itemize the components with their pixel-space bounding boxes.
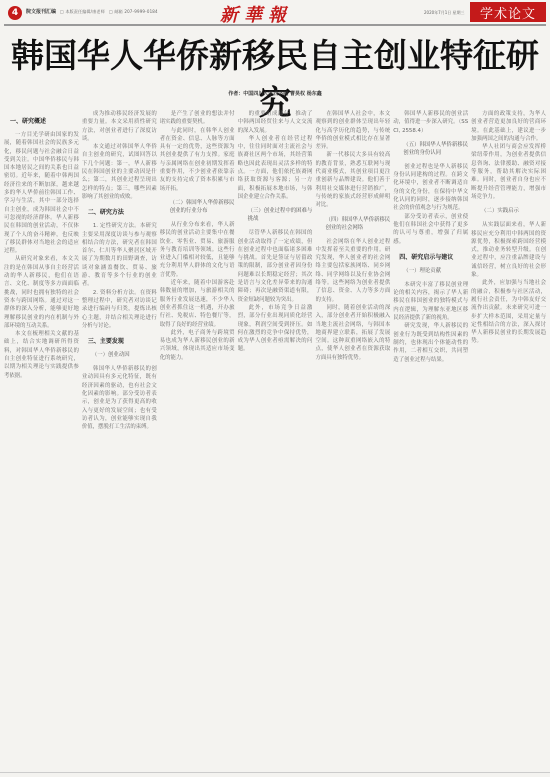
paragraph: 此外，电子商务与跨境贸易也成为华人新移民创业的新兴领域，体现出其适应市场变化的能… — [160, 329, 235, 362]
paragraph: 华人创业者在经营过程中，往往同时面对主流社会与族裔社区两个市场，其经营策略也因此… — [238, 135, 313, 201]
subsection-heading: （二）实践启示 — [481, 207, 546, 215]
subsection-heading: （一）理论贡献 — [403, 267, 468, 275]
paragraph: 同时，随着创业活动的深入，部分创业者开始积极融入当地主流社会网络，与韩国本地商界… — [315, 304, 390, 362]
text-column-1: 一、研究概述一方目光学研由国家的发展，随着韩国社会的民族多元化，移民问题与社会融… — [4, 110, 79, 772]
paragraph: 此外，市场竞争日益激烈，部分行业出现同质化经营现象，利润空间受到挤压。如何在激烈… — [238, 304, 313, 354]
paragraph: 一方目光学研由国家的发展，随着韩国社会的民族多元化，移民问题与社会融合日益受到关… — [4, 131, 79, 255]
footer-divider — [0, 772, 550, 773]
page-header: 4 院文报刊汇编 □ 本版责任编辑/康老师 □ 邮箱 207-9999-0184… — [0, 0, 550, 26]
paragraph: 研究发现，华人新移民的创业行为既受到结构性因素的制约，也体现出个体能动性的作用，… — [393, 322, 468, 363]
text-column-5: 在韩国华人社会中，本文观察到的创业群体呈现出年轻化与高学历化的趋势，与传统华侨的… — [315, 110, 390, 772]
paragraph: 与此同时，在韩华人创业者在资金、信息、人脉等方面具有一定的优势，这些资源为其创业… — [160, 127, 235, 193]
paragraph: 2. 资料分析方法。在资料整理过程中，研究者对访谈记录进行编码与归类，提炼出核心… — [82, 289, 157, 330]
paragraph: 从实践层面来看，华人新移民应充分利用中韩两国的资源优势，积极探索跨国经营模式，推… — [471, 221, 546, 279]
paragraph: 新一代移民大多具有较高的教育背景，熟悉互联网与现代商业模式，其创业项目更注重创新… — [315, 151, 390, 209]
page-number-badge: 4 — [8, 6, 22, 20]
subsection-heading: （一）创业动因 — [92, 351, 157, 359]
section-heading: 三、主要发现 — [88, 336, 157, 345]
text-column-6: 韩国华人新移民的创业活动，值得进一步深入研究。（SSCI, 2558.4）（五）… — [393, 110, 468, 772]
paragraph: 从行业分布来看，华人新移民的创业活动主要集中在餐饮业、零售业、贸易、旅游服务与教… — [160, 221, 235, 279]
edition-label: 院文报刊汇编 — [26, 8, 56, 15]
subsection-heading: （三）创业过程中的困难与挑战 — [248, 207, 313, 223]
paragraph: 从研究对象来看，本文关注的是在韩国从事自主经营活动的华人新移民，他们在语言、文化… — [4, 255, 79, 330]
section-heading: 一、研究概述 — [10, 116, 79, 125]
article-body: 一、研究概述一方目光学研由国家的发展，随着韩国社会的民族多元化，移民问题与社会融… — [4, 110, 546, 772]
issue-date: 2020年7月1日 星期三 — [424, 10, 465, 16]
editor-info: □ 本版责任编辑/康老师 □ 邮箱 207-9999-0184 — [60, 9, 158, 15]
paragraph: 韩国华人新移民的创业活动，值得进一步深入研究。（SSCI, 2558.4） — [393, 110, 468, 135]
paragraph: 成为推动移民经济发展的重要力量。本文采用质性研究方法，对创业者进行了深度访谈。 — [82, 110, 157, 143]
paragraph: 部分受访者表示，创业使他们在韩国社会中获得了更多的认可与尊重，增强了归属感。 — [393, 213, 468, 246]
paragraph: 本研究丰富了移民创业理论的相关内容，揭示了华人新移民在韩国创业的独特模式与内在逻… — [393, 281, 468, 322]
paragraph: 社会网络在华人创业过程中发挥着至关重要的作用。研究发现，华人创业者的社会网络主要… — [315, 238, 390, 304]
paragraph: 1. 定性研究方法。本研究主要采用深度访谈与参与观察相结合的方法，研究者在韩国首… — [82, 222, 157, 288]
paragraph: 本文通过对韩国华人华侨自主创业的研究，试图回答以下几个问题：第一，华人新移民在韩… — [82, 143, 157, 201]
section-heading: 二、研究方法 — [88, 207, 157, 216]
paragraph: 在韩国华人社会中，本文观察到的创业群体呈现出年轻化与高学历化的趋势，与传统华侨的… — [315, 110, 390, 151]
section-heading: 四、研究启示与建议 — [399, 252, 468, 261]
paragraph: 创业过程也是华人新移民身份认同建构的过程。在跨文化环境中，创业者不断调适自身的文… — [393, 163, 468, 213]
paragraph: 本文在梳理相关文献的基础上，结合实地调研所得资料，对韩国华人华侨新移民的自主创业… — [4, 330, 79, 380]
text-column-2: 成为推动移民经济发展的重要力量。本文采用质性研究方法，对创业者进行了深度访谈。本… — [82, 110, 157, 772]
article-byline: 作者：中国四川大学西学院 曹昊权 杨东鑫 — [0, 90, 550, 97]
text-column-3: 是产生了创业的想法并付诸实践的重要契机。与此同时，在韩华人创业者在资金、信息、人… — [160, 110, 235, 772]
paragraph: 近年来，随着中国游客赴韩数量的增加，与旅游相关的服务行业发展迅速，不少华人创业者… — [160, 279, 235, 329]
paragraph: 是产生了创业的想法并付诸实践的重要契机。 — [160, 110, 235, 127]
text-column-4: 的重要组成部分，推动了中韩两国经贸往来与人文交流的深入发展。华人创业者在经营过程… — [238, 110, 313, 772]
paragraph: 的重要组成部分，推动了中韩两国经贸往来与人文交流的深入发展。 — [238, 110, 313, 135]
paragraph: 韩国华人华侨新移民的创业动因具有多元化特征，既有经济因素的驱动，也有社会文化因素… — [82, 365, 157, 431]
text-column-7: 方面的政策支持，为华人创业者营造更加良好的营商环境。在此基础上，建议进一步加强两… — [471, 110, 546, 772]
subsection-heading: （四）韩国华人华侨新移民创业的社会网络 — [325, 216, 390, 232]
subsection-heading: （五）韩国华人华侨新移民创业的身份认同 — [403, 141, 468, 157]
paragraph: 此外，应加强与当地社会的融合，积极参与社区活动，履行社会责任，为中韩友好交流作出… — [471, 279, 546, 345]
section-badge: 学术论文 — [470, 2, 546, 22]
header-divider — [4, 24, 546, 26]
subsection-heading: （二）韩国华人华侨新移民创业的行业分布 — [170, 199, 235, 215]
paragraph: 尽管华人新移民在韩国的创业活动取得了一定成绩，但在创业过程中也面临诸多困难与挑战… — [238, 229, 313, 304]
paragraph: 方面的政策支持，为华人创业者营造更加良好的营商环境。在此基础上，建议进一步加强两… — [471, 110, 546, 143]
paragraph: 华人社团与商会应发挥桥梁纽带作用，为创业者提供信息咨询、法律援助、融资对接等服务… — [471, 143, 546, 201]
